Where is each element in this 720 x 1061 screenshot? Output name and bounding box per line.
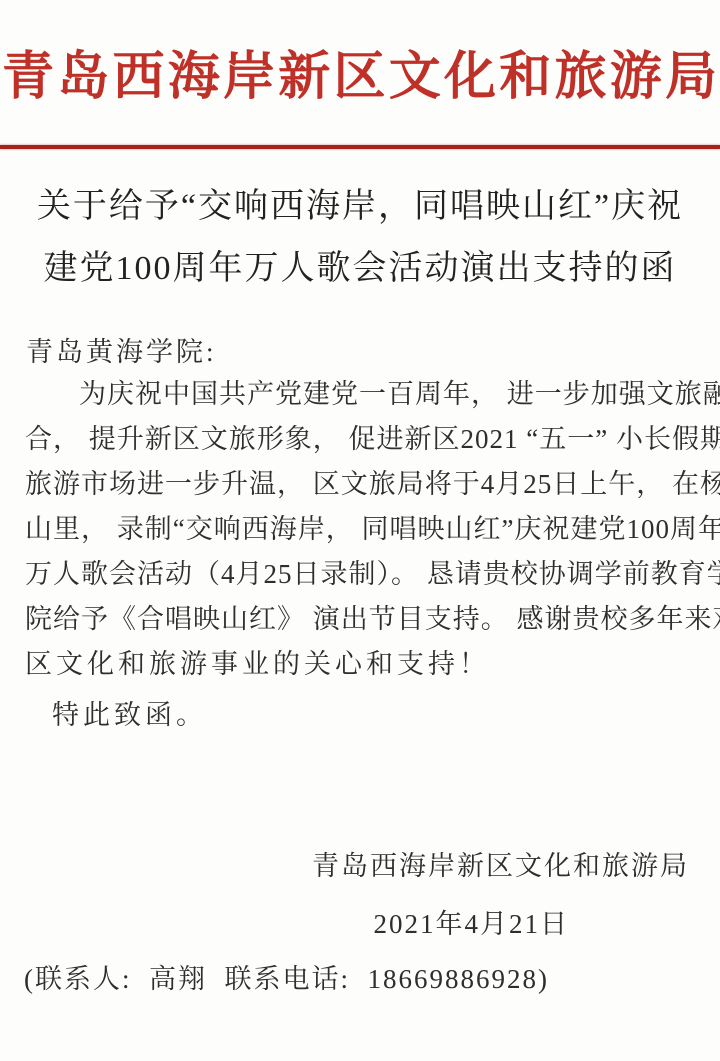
paragraph-line: 为庆祝中国共产党建党一百周年， 进一步加强文旅融 [25, 372, 695, 417]
contact-info: (联系人: 高翔 联系电话: 18669886928) [24, 959, 549, 999]
paragraph-line: 合， 提升新区文旅形象， 促进新区2021 “五一” 小长假期间 [25, 417, 695, 462]
document-title-line-1: 关于给予“交响西海岸，同唱映山红”庆祝 [20, 176, 700, 238]
paragraph-line: 万人歌会活动（4月25日录制）。 恳请贵校协调学前教育学 [25, 552, 695, 597]
letterhead-org-name: 青岛西海岸新区文化和旅游局 [2, 28, 718, 128]
document-title-line-2: 建党100周年万人歌会活动演出支持的函 [20, 238, 700, 300]
document-title: 关于给予“交响西海岸，同唱映山红”庆祝 建党100周年万人歌会活动演出支持的函 [20, 176, 700, 300]
paragraph-line: 院给予《合唱映山红》 演出节目支持。 感谢贵校多年来对新 [25, 597, 695, 642]
paragraph-line: 旅游市场进一步升温， 区文旅局将于4月25日上午， 在杨家 [25, 462, 695, 507]
signature-org: 青岛西海岸新区文化和旅游局 [312, 849, 689, 883]
body-paragraph: 为庆祝中国共产党建党一百周年， 进一步加强文旅融 合， 提升新区文旅形象， 促进… [25, 372, 695, 687]
signature-date: 2021年4月21日 [374, 907, 570, 941]
red-divider-line [0, 145, 720, 149]
letter-page: 青岛西海岸新区文化和旅游局 关于给予“交响西海岸，同唱映山红”庆祝 建党100周… [0, 0, 720, 1061]
paragraph-line: 区文化和旅游事业的关心和支持！ [25, 642, 695, 687]
paragraph-line: 山里， 录制“交响西海岸， 同唱映山红”庆祝建党100周年 [25, 507, 695, 552]
closing-line: 特此致函。 [52, 697, 207, 733]
salutation: 青岛黄海学院: [26, 336, 217, 368]
